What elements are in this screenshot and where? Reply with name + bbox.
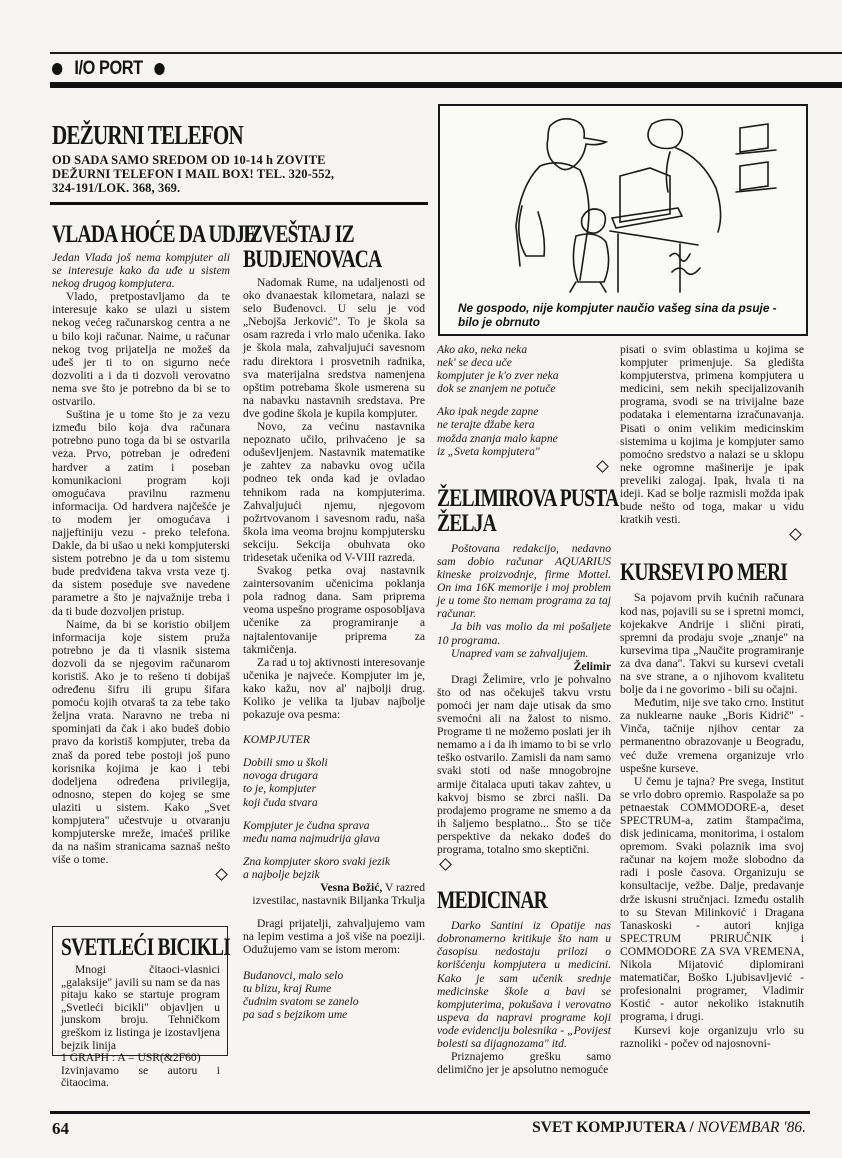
poem-line: koji čuda stvara — [243, 796, 425, 809]
article-paragraph: Međutim, nije sve tako crno. Institut za… — [620, 696, 804, 775]
poem-line: Dobili smo u školi — [243, 756, 425, 769]
article-paragraph: Nadomak Rume, na udaljenosti od oko dvan… — [243, 276, 425, 420]
header-rule-top — [50, 52, 842, 54]
divider — [50, 202, 428, 205]
article-paragraph: U čemu je tajna? Pre svega, Institut se … — [620, 775, 804, 1024]
article-lead: Jedan Vlada još nema kompjuter ali se in… — [52, 251, 230, 290]
phone-line: OD SADA SAMO SREDOM OD 10-14 h ZOVITE — [52, 153, 432, 167]
phone-line: 324-191/LOK. 368, 369. — [52, 181, 432, 195]
article-headline: VLADA HOĆE DA UDJE — [52, 222, 191, 247]
magazine-name: SVET KOMPJUTERA / — [532, 1119, 694, 1136]
article-headline: MEDICINAR — [437, 888, 573, 913]
article-lead: Darko Santini iz Opatije nas dobronamern… — [437, 919, 611, 1050]
end-mark-icon — [215, 869, 228, 882]
article-headline: BUDJENOVACA — [243, 247, 385, 272]
poem-line: ne terajte džabe kera — [437, 418, 611, 431]
article-headline: IZVEŠTAJ IZ — [243, 222, 385, 247]
article-budjenovci: IZVEŠTAJ IZ BUDJENOVACA Nadomak Rume, na… — [243, 222, 425, 1021]
page-number: 64 — [52, 1119, 69, 1139]
author-line: Vesna Božić, V razred — [243, 881, 425, 894]
box-closing: Izvinjavamo se autoru i čitaocima. — [61, 1065, 220, 1090]
poem-line: možda znanja malo kapne — [437, 432, 611, 445]
phone-line: DEŽURNI TELEFON I MAIL BOX! TEL. 320-552… — [52, 167, 432, 181]
reply-poem-continued: Ako ako, neka neka nek' se deca uče komp… — [437, 343, 611, 458]
bullet-icon — [52, 63, 62, 75]
article-headline: KURSEVI PO MERI — [620, 560, 764, 585]
phone-notice: DEŽURNI TELEFON OD SADA SAMO SREDOM OD 1… — [52, 122, 432, 195]
box-paragraph: Mnogi čitaoci-vlasnici „galaksije" javil… — [61, 964, 220, 1052]
letter-signature: Želimir — [437, 660, 611, 673]
poem-line: Ako ipak negde zapne — [437, 405, 611, 418]
poem-line: nek' se deca uče — [437, 356, 611, 369]
poem-line: pa sad s bejzikom ume — [243, 1008, 425, 1021]
letter-paragraph: Ja bih vas molio da mi pošaljete 10 prog… — [437, 620, 611, 646]
article-medicinar: MEDICINAR Darko Santini iz Opatije nas d… — [437, 888, 611, 1076]
article-paragraph: Kursevi koje organizuju vrlo su raznolik… — [620, 1024, 804, 1050]
end-mark-icon — [439, 858, 452, 871]
article-paragraph: Priznajemo grešku samo delimično jer je … — [437, 1050, 611, 1076]
footer-magazine-issue: SVET KOMPJUTERA / NOVEMBAR '86. — [532, 1119, 806, 1137]
box-headline: SVETLEĆI BICIKLI — [61, 935, 185, 960]
poem-line: među nama najmudrija glava — [243, 832, 425, 845]
issue-date: NOVEMBAR '86. — [698, 1119, 806, 1136]
poem-title: KOMPJUTER — [243, 733, 425, 746]
reply-paragraph: Dragi Želimire, vrlo je pohvalno što od … — [437, 673, 611, 856]
poem-line: novoga drugara — [243, 769, 425, 782]
article-paragraph: Sa pojavom prvih kućnih računara kod nas… — [620, 591, 804, 696]
letter-paragraph: Unapred vam se zahvaljujem. — [437, 647, 611, 660]
poem-line: Budanovci, malo selo — [243, 969, 425, 982]
poem-line: Zna kompjuter skoro svaki jezik — [243, 855, 425, 868]
poem-line: dok se znanjem ne potuče — [437, 382, 611, 395]
magazine-page: I/O PORT DEŽURNI TELEFON OD SADA SAMO SR… — [0, 0, 842, 1158]
poem-line: Kompjuter je čudna sprava — [243, 819, 425, 832]
article-paragraph: Novo, za većinu nastavnika nepoznato uči… — [243, 420, 425, 564]
cartoon-caption: Ne gospodo, nije kompjuter naučio vašeg … — [458, 302, 798, 329]
column-three: Ako ako, neka neka nek' se deca uče komp… — [437, 343, 611, 1076]
article-paragraph: pisati o svim oblastima u kojima se komp… — [620, 343, 804, 526]
poem-line: tu blizu, kraj Rume — [243, 982, 425, 995]
poem-line: a najbolje bejzik — [243, 868, 425, 881]
article-zelimir: ŽELIMIROVA PUSTA ŽELJA Poštovana redakci… — [437, 486, 611, 876]
poem-line: kompjuter je k'o zver neka — [437, 369, 611, 382]
article-headline: ŽELIMIROVA PUSTA — [437, 486, 573, 511]
header-rule-bottom — [50, 82, 842, 88]
section-header: I/O PORT — [52, 56, 165, 82]
poem-line: iz „Sveta kompjutera" — [437, 445, 611, 458]
notice-box-svetleci: SVETLEĆI BICIKLI Mnogi čitaoci-vlasnici … — [52, 926, 228, 1056]
section-title: I/O PORT — [74, 58, 142, 80]
article-paragraph: Vlado, pretpostavljamo da te interesuje … — [52, 290, 230, 408]
reply-poem: Budanovci, malo selo tu blizu, kraj Rume… — [243, 969, 425, 1021]
column-four: pisati o svim oblastima u kojima se komp… — [620, 343, 804, 1050]
cartoon: Ne gospodo, nije kompjuter naučio vašeg … — [438, 104, 808, 336]
article-paragraph: Suština je u tome što je za vezu između … — [52, 408, 230, 618]
phone-headline: DEŽURNI TELEFON — [52, 122, 348, 149]
bullet-icon — [155, 63, 165, 75]
author-class: V razred — [385, 881, 425, 894]
poem: KOMPJUTER Dobili smo u školi novoga drug… — [243, 733, 425, 881]
cartoon-illustration-icon — [440, 106, 806, 296]
author-name: Vesna Božić, — [320, 881, 382, 894]
article-kursevi: KURSEVI PO MERI Sa pojavom prvih kućnih … — [620, 560, 804, 1049]
end-mark-icon — [596, 460, 609, 473]
article-paragraph: Za rad u toj aktivnosti interesovanje uč… — [243, 656, 425, 721]
poem-line: čudnim svatom se zanelo — [243, 995, 425, 1008]
author-role: izvestilac, nastavnik Biljanka Trkulja — [243, 894, 425, 907]
phone-details: OD SADA SAMO SREDOM OD 10-14 h ZOVITE DE… — [52, 153, 432, 195]
footer-rule — [50, 1111, 810, 1114]
poem-line: to je, kompjuter — [243, 782, 425, 795]
article-paragraph: Naime, da bi se koristio obiljem informa… — [52, 618, 230, 867]
article-paragraph: Svakog petka ovaj nastavnik zaintersovan… — [243, 564, 425, 656]
reply-paragraph: Dragi prijatelji, zahvaljujemo vam na le… — [243, 917, 425, 956]
code-line: 1 GRAPH : A = USR(&2F60) — [61, 1052, 220, 1065]
poem-line: Ako ako, neka neka — [437, 343, 611, 356]
article-vlada: VLADA HOĆE DA UDJE Jedan Vlada još nema … — [52, 222, 230, 887]
article-headline: ŽELJA — [437, 511, 573, 536]
end-mark-icon — [789, 528, 802, 541]
letter-paragraph: Poštovana redakcijo, nedavno sam dobio r… — [437, 542, 611, 621]
